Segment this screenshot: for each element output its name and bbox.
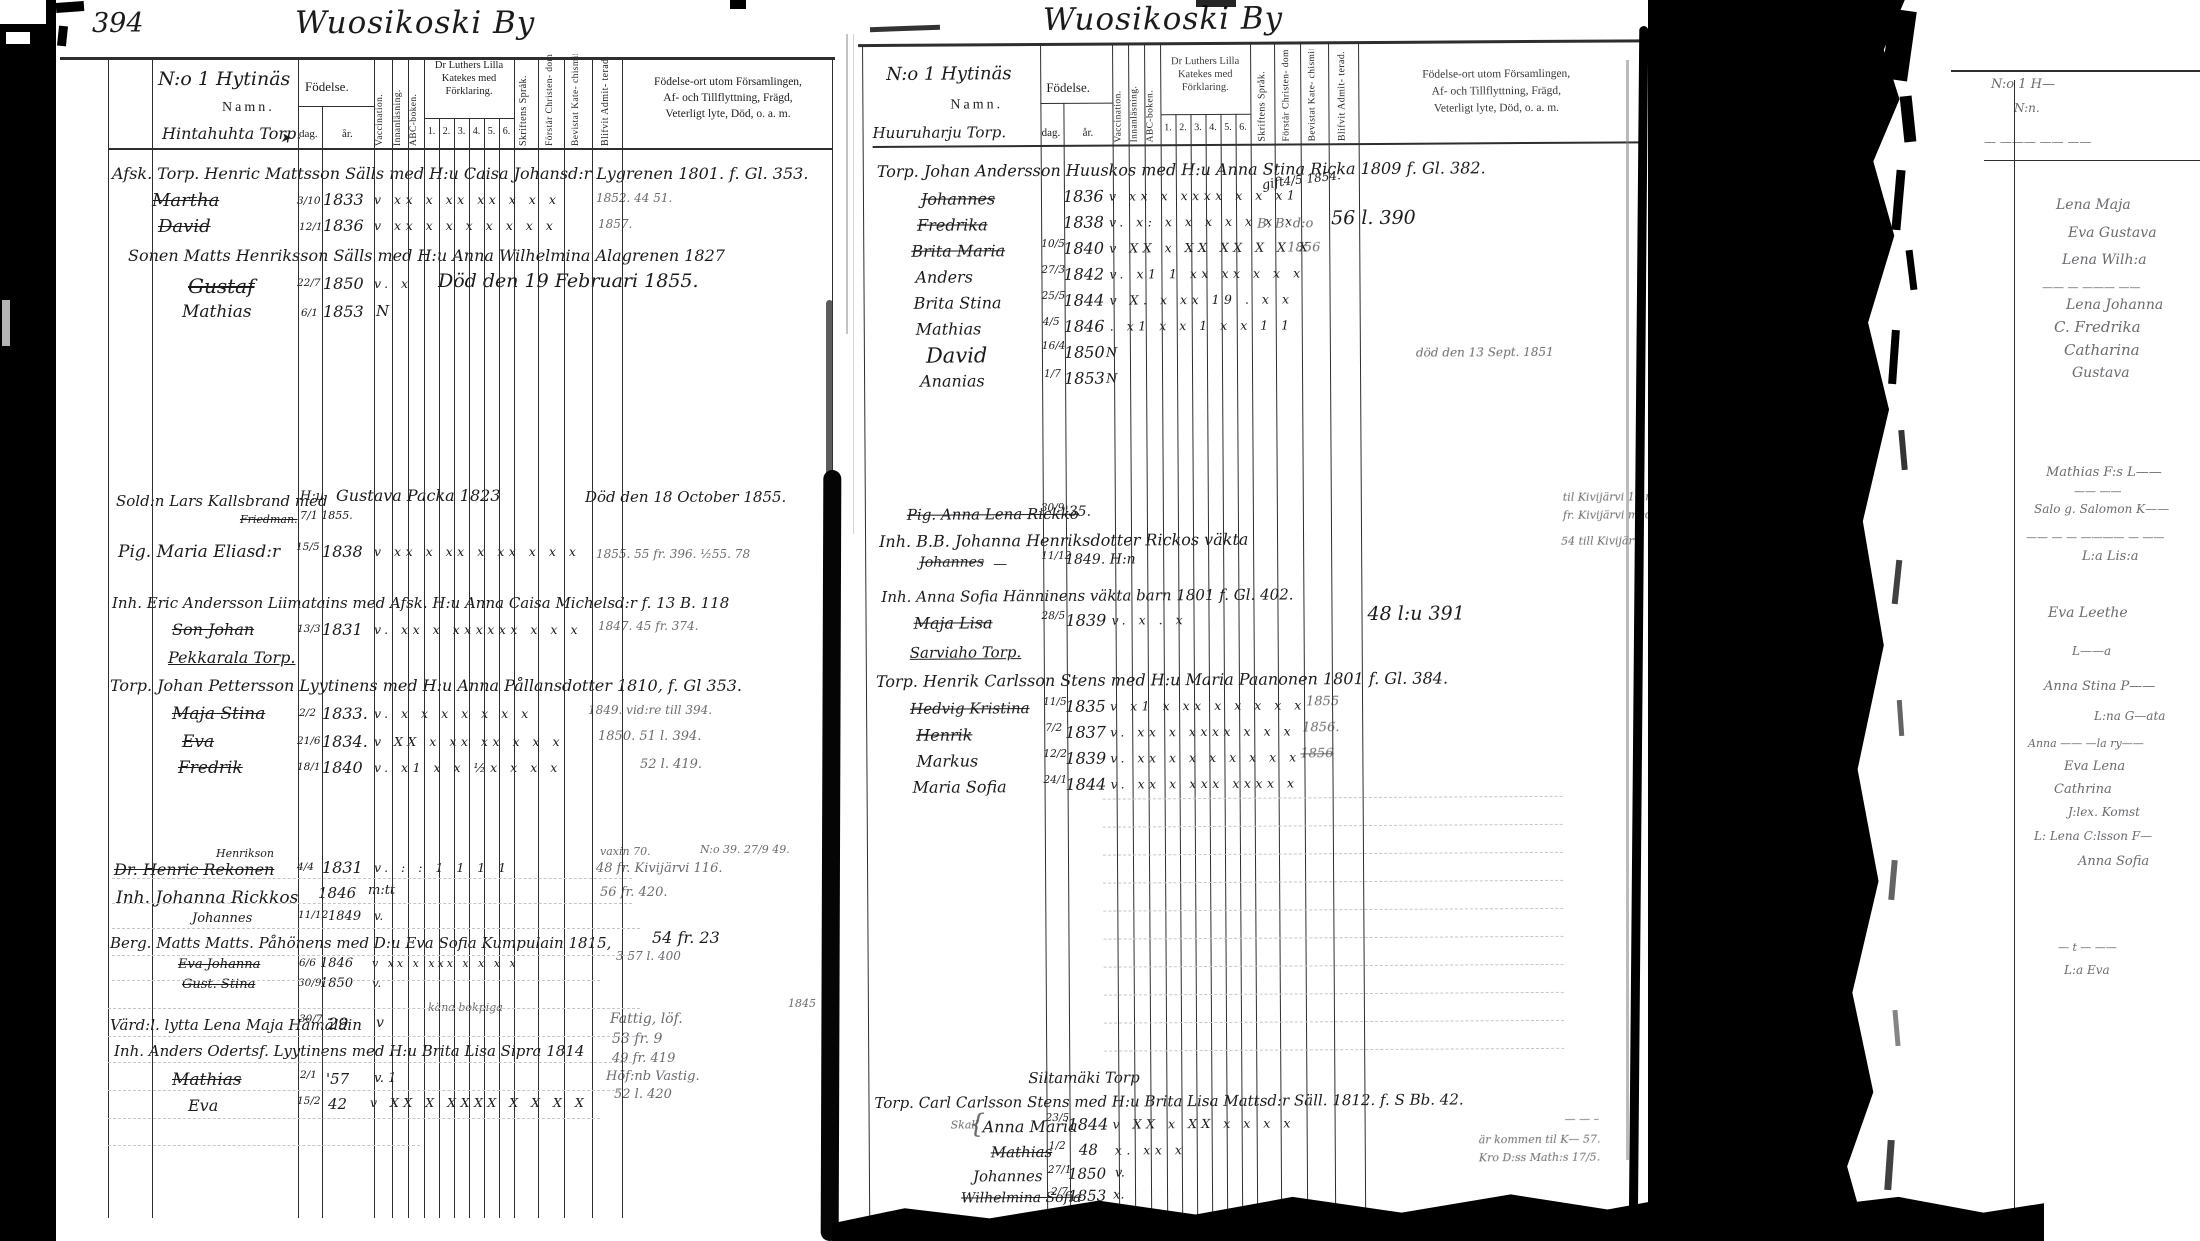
handwriting-text: gift bbox=[1261, 176, 1285, 193]
handwriting-text: v. xx x xxxx x x x bbox=[1110, 725, 1295, 739]
column-header-katekes-2: Katekes med bbox=[1160, 69, 1250, 81]
handwriting-text: 7/1 1855. bbox=[300, 510, 353, 521]
scan-artifact bbox=[2, 300, 10, 346]
handwriting-text: v. x1 x x ½x x x x bbox=[374, 762, 562, 775]
village-title: Wuosikoski By bbox=[1043, 4, 1283, 36]
scan-artifact bbox=[1626, 60, 1629, 1160]
handwriting-text: Afsk. Torp. Henric Mattsson Sälls med H:… bbox=[112, 166, 808, 182]
column-header-vaccination: Vaccination. bbox=[1114, 51, 1124, 143]
handwriting-text: 1833 bbox=[323, 192, 364, 208]
table-rule-horizontal bbox=[298, 106, 374, 107]
handwriting-text: 1850 bbox=[1068, 1167, 1106, 1182]
handwriting-text: död den 13 Sept. 1851 bbox=[1416, 346, 1554, 359]
table-rule-horizontal bbox=[108, 148, 832, 150]
handwriting-text: '57 bbox=[326, 1072, 349, 1087]
handwriting-text: 1836 bbox=[323, 218, 364, 234]
handwriting-text: N:o 39. 27/9 49. bbox=[700, 844, 790, 855]
handwriting-text: v x1 x xx x x x x x bbox=[1110, 699, 1306, 713]
handwriting-text: vaxin 70. bbox=[600, 846, 651, 857]
table-rule-horizontal bbox=[60, 57, 835, 60]
handwriting-text: 1846 bbox=[318, 886, 356, 901]
handwriting-text: Anna Sofia bbox=[2078, 855, 2149, 868]
column-header-forstar: Förstår Christen- domsläran. bbox=[1282, 49, 1292, 141]
handwriting-text: 1838 bbox=[1063, 215, 1104, 231]
handwriting-text: Eva Leethe bbox=[2048, 606, 2128, 620]
handwriting-text: H:u bbox=[300, 490, 324, 503]
handwriting-text: David bbox=[158, 218, 211, 236]
handwriting-text: —— —— bbox=[2074, 486, 2122, 497]
handwriting-text: Maja Stina bbox=[172, 706, 265, 723]
katekes-grade-6: 6. bbox=[1236, 122, 1251, 133]
handwriting-text: 1836 bbox=[1063, 189, 1104, 205]
handwriting-text: Sold:n Lars Kallsbrand med bbox=[116, 494, 328, 509]
handwriting-text: ➤ bbox=[280, 132, 291, 145]
handwriting-text: Eva Gustava bbox=[2068, 226, 2157, 240]
handwriting-text: 1844 bbox=[1064, 293, 1105, 309]
handwriting-text: — bbox=[993, 557, 1007, 571]
handwriting-text: 1850 bbox=[320, 977, 353, 990]
handwriting-text: 1/7 bbox=[1044, 369, 1061, 380]
faded-row-guide bbox=[108, 1062, 632, 1063]
column-header-katekes-1: Dr Luthers Lilla bbox=[1160, 56, 1250, 68]
handwriting-text: 30/7 bbox=[299, 1014, 323, 1025]
handwriting-text: Inh. Johanna Rickkos bbox=[116, 890, 298, 907]
table-rule-vertical bbox=[564, 57, 565, 1218]
handwriting-text: Anders bbox=[915, 269, 973, 285]
handwriting-text: v X. x xx 19 . x x bbox=[1110, 293, 1294, 307]
column-header-bevistat: Bevistat Kate- chismiförhören. bbox=[1308, 49, 1318, 141]
handwriting-text: 12/1 bbox=[299, 222, 323, 233]
handwriting-text: Maria Sofia bbox=[913, 779, 1007, 796]
right-page: Wuosikoski By N:o 1 Hytinäs Namn. Huuruh… bbox=[858, 0, 1656, 1241]
scan-artifact bbox=[730, 0, 746, 9]
handwriting-text: Catharina bbox=[2064, 343, 2140, 358]
handwriting-text: Mathias bbox=[182, 304, 252, 321]
handwriting-text: 27/3 bbox=[1041, 265, 1065, 276]
handwriting-text: Inh. Anna Sofia Hänninens väkta barn 180… bbox=[881, 587, 1293, 605]
column-header-skriftens: Skriftens Språk. bbox=[1257, 50, 1268, 142]
handwriting-text: — ——— —— —— bbox=[1984, 136, 2091, 148]
handwriting-text: 1831 bbox=[322, 622, 363, 638]
handwriting-text: Brita Stina bbox=[914, 295, 1002, 312]
katekes-grade-4: 4. bbox=[469, 126, 484, 137]
handwriting-text: Johannes bbox=[919, 555, 984, 569]
katekes-grade-6: 6. bbox=[499, 126, 514, 137]
handwriting-text: L:na G—ata bbox=[2094, 710, 2165, 722]
handwriting-text: v xx x xx xx x x x bbox=[374, 194, 560, 207]
handwriting-text: —— — — ———— — —— bbox=[2026, 532, 2164, 543]
scan-artifact bbox=[846, 34, 848, 334]
farm-number-heading: N:o 1 Hytinäs bbox=[158, 70, 290, 89]
column-header-fodelse: Födelse. bbox=[1046, 81, 1090, 96]
column-header-forstar: Förstår Christen- domsläran. bbox=[546, 54, 556, 146]
handwriting-text: N bbox=[1106, 373, 1117, 386]
handwriting-text: 1831 bbox=[322, 860, 363, 876]
handwriting-text: 11/12 bbox=[298, 910, 328, 921]
column-header-vaccination: Vaccination. bbox=[376, 54, 386, 146]
handwriting-text: 28/5 bbox=[1041, 611, 1065, 622]
faded-row-guide bbox=[112, 980, 600, 981]
handwriting-text: Siltamäki Torp bbox=[1028, 1070, 1139, 1086]
handwriting-text: 48 bbox=[1079, 1143, 1098, 1158]
faded-row-guide bbox=[112, 928, 640, 929]
handwriting-text: 16/4 bbox=[1042, 341, 1066, 352]
handwriting-text: Brita Maria bbox=[911, 243, 1005, 260]
handwriting-text: Salo g. Salomon K—— bbox=[2034, 503, 2169, 515]
handwriting-text: Son Johan bbox=[172, 622, 254, 638]
table-rule-vertical bbox=[622, 57, 623, 1218]
table-rule-horizontal bbox=[424, 118, 514, 119]
handwriting-text: 7/2 bbox=[1045, 723, 1062, 734]
handwriting-text: 48 fr. Kivijärvi 116. bbox=[596, 862, 722, 875]
table-rule-vertical bbox=[2014, 80, 2015, 1241]
faded-row-guide bbox=[108, 1145, 420, 1146]
page-number: 394 bbox=[92, 10, 144, 37]
adjacent-page-partial: N:o 1 H—N:n.— ——— —— ——Lena MajaEva Gust… bbox=[1896, 0, 2200, 1241]
handwriting-text: 1850 bbox=[323, 276, 364, 292]
handwriting-text: B. B. d:o bbox=[1257, 217, 1313, 230]
katekes-grade-1: 1. bbox=[1161, 122, 1176, 133]
handwriting-text: 42 bbox=[328, 1097, 347, 1112]
handwriting-text: 53 fr. 9 bbox=[612, 1032, 662, 1046]
handwriting-text: David bbox=[926, 345, 988, 366]
handwriting-text: 1840 bbox=[322, 760, 363, 776]
handwriting-text: Död den 18 October 1855. bbox=[585, 490, 786, 505]
table-rule-vertical bbox=[469, 118, 470, 1218]
table-rule-vertical bbox=[152, 57, 153, 1218]
column-header-blifvit: Blifvit Admit- terad. bbox=[601, 54, 611, 146]
handwriting-text: Martha bbox=[152, 192, 219, 210]
katekes-grade-3: 3. bbox=[454, 126, 469, 137]
handwriting-text: Död den 19 Februari 1855. bbox=[438, 272, 699, 291]
handwriting-text: 1852. 44 51. bbox=[596, 192, 672, 204]
handwriting-text: 4/4 bbox=[297, 862, 314, 873]
handwriting-text: 13/3 bbox=[297, 624, 321, 635]
handwriting-text: 6/1 bbox=[301, 308, 318, 319]
scan-artifact bbox=[1884, 1140, 1894, 1190]
handwriting-text: 22/7 bbox=[297, 278, 321, 289]
table-rule-vertical bbox=[538, 57, 539, 1218]
handwriting-text: 1846 bbox=[1064, 319, 1105, 335]
faded-row-guide bbox=[112, 903, 632, 904]
faded-row-guide bbox=[112, 955, 630, 956]
column-header-abc: ABC-boken. bbox=[1146, 50, 1156, 142]
handwriting-text: 2/1 bbox=[300, 1070, 317, 1081]
table-rule-vertical bbox=[514, 57, 515, 1218]
handwriting-text: Maja Lisa bbox=[914, 615, 993, 631]
scan-artifact bbox=[0, 0, 56, 1241]
handwriting-text: 56 fr. 420. bbox=[600, 886, 667, 899]
handwriting-text: Lena Johanna bbox=[2066, 298, 2163, 312]
handwriting-text: v. x bbox=[374, 278, 413, 291]
handwriting-text: 1840 bbox=[1063, 241, 1104, 257]
handwriting-text: v. xx x xxx xxxx x bbox=[1111, 777, 1299, 791]
handwriting-text: C. Fredrika bbox=[2054, 320, 2141, 335]
scan-artifact bbox=[56, 1, 85, 13]
handwriting-text: 1856 bbox=[1287, 241, 1320, 254]
handwriting-text: Anna —— —la ry—— bbox=[2028, 738, 2144, 749]
handwriting-text: 1842 bbox=[1063, 267, 1104, 283]
handwriting-text: Dr. Henric Rekonen bbox=[114, 862, 274, 878]
district-heading: Huuruharju Torp. bbox=[873, 125, 1007, 141]
column-header-katekes-3: Förklaring. bbox=[424, 86, 514, 98]
handwriting-text: Cathrina bbox=[2054, 783, 2112, 796]
handwriting-text: Ananias bbox=[920, 373, 985, 389]
handwriting-text: Sarviaho Torp. bbox=[910, 645, 1022, 661]
handwriting-text: 1849. H:n bbox=[1065, 552, 1136, 566]
handwriting-text: 1845 bbox=[788, 998, 816, 1009]
handwriting-text: 12/2 bbox=[1043, 749, 1067, 760]
handwriting-text: v. xx x xxxxxx x x x bbox=[374, 624, 582, 637]
handwriting-text: 3/10 bbox=[297, 196, 321, 207]
handwriting-text: Fattig, löf. bbox=[610, 1012, 683, 1026]
handwriting-text: 1834. bbox=[322, 734, 368, 750]
handwriting-text: v. bbox=[374, 910, 383, 922]
katekes-grade-2: 2. bbox=[439, 126, 454, 137]
handwriting-text: Kro D:ss Math:s 17/5. bbox=[1479, 1152, 1600, 1164]
handwriting-text: v. xx x x x x x x x bbox=[1110, 751, 1300, 765]
handwriting-text: — — – bbox=[1565, 1114, 1600, 1125]
faded-row-guide bbox=[108, 1008, 640, 1009]
handwriting-text: N bbox=[376, 304, 389, 319]
scan-artifact bbox=[0, 0, 46, 24]
handwriting-text: Inh. Eric Andersson Liimatains med Afsk.… bbox=[112, 596, 729, 611]
column-header-notes-3: Veterligt lyte, Död, o. a. m. bbox=[1366, 101, 1626, 115]
column-header-notes-2: Af- och Tillflyttning, Frägd, bbox=[628, 92, 828, 105]
handwriting-text: . x1 x x 1 x x 1 1 bbox=[1110, 319, 1294, 333]
table-rule-vertical bbox=[862, 46, 870, 1235]
column-header-dag: dag. bbox=[299, 128, 318, 140]
handwriting-text: Torp. Johan Andersson Huuskos med H:u An… bbox=[877, 160, 1486, 180]
column-header-innanlasning: Innanläsning. bbox=[394, 54, 404, 146]
handwriting-text: v. : : 1 1 1 1 bbox=[374, 862, 511, 875]
handwriting-text: Värd:l. lytta Lena Maja Hämäläin bbox=[110, 1018, 362, 1033]
handwriting-text: 23/5 bbox=[1046, 1113, 1070, 1124]
handwriting-text: 30/9 bbox=[1041, 503, 1065, 514]
handwriting-text: —— — ——— —— bbox=[2042, 282, 2141, 293]
handwriting-text: L:a Eva bbox=[2064, 964, 2110, 976]
table-rule-vertical bbox=[298, 57, 299, 1218]
column-header-ar: år. bbox=[342, 128, 353, 140]
handwriting-text: Höf:nb Vastig. bbox=[606, 1070, 700, 1083]
column-header-skriftens: Skriftens Språk. bbox=[519, 54, 529, 146]
handwriting-text: v XX x XX XX X X X bbox=[1109, 241, 1312, 255]
handwriting-text: '35. bbox=[1065, 505, 1091, 519]
handwriting-text: Henrikson bbox=[216, 848, 274, 859]
handwriting-text: Gustava Packa 1823 bbox=[336, 488, 501, 504]
scan-artifact bbox=[826, 300, 833, 478]
table-rule-vertical bbox=[374, 57, 375, 1218]
faded-row-guide bbox=[108, 1118, 600, 1119]
handwriting-text: 3 57 l. 400 bbox=[616, 950, 681, 962]
handwriting-text: Hedvig Kristina bbox=[910, 701, 1030, 717]
handwriting-text: Mathias bbox=[916, 321, 982, 337]
column-header-notes-1: Födelse-ort utom Församlingen, bbox=[1366, 67, 1626, 81]
handwriting-text: 2/7 bbox=[1051, 1187, 1068, 1198]
handwriting-text: L——a bbox=[2072, 645, 2111, 657]
faded-row-guide bbox=[108, 1090, 620, 1091]
handwriting-text: 1846 bbox=[320, 957, 353, 970]
handwriting-text: 10/5 bbox=[1041, 239, 1065, 250]
handwriting-text: Johannes bbox=[921, 191, 995, 207]
handwriting-text: 1844 bbox=[1066, 777, 1107, 793]
handwriting-text: J:lex. Komst bbox=[2068, 806, 2140, 818]
handwriting-text: 1838 bbox=[322, 544, 363, 560]
handwriting-text: Mathias bbox=[991, 1145, 1053, 1160]
village-title: Wuosikoski By bbox=[295, 8, 535, 39]
table-rule-vertical bbox=[108, 57, 109, 1218]
handwriting-text: 1849 bbox=[328, 910, 361, 923]
handwriting-text: 1849. vid:re till 394. bbox=[588, 704, 712, 716]
handwriting-text: Eva bbox=[182, 734, 214, 751]
column-header-notes-3: Veterligt lyte, Död, o. a. m. bbox=[628, 108, 828, 121]
handwriting-text: v xx x xxx x x x x bbox=[372, 958, 519, 969]
handwriting-text: 21/6 bbox=[297, 736, 321, 747]
table-rule-vertical bbox=[484, 118, 485, 1218]
handwriting-text: 1853 bbox=[323, 304, 364, 320]
handwriting-text: 1853 bbox=[1064, 371, 1105, 387]
faded-row-guide bbox=[108, 1036, 640, 1037]
farm-number-heading: N:o 1 Hytinäs bbox=[886, 65, 1011, 84]
handwriting-text: 54 fr. 23 bbox=[652, 930, 720, 946]
handwriting-text: Gustaf bbox=[188, 276, 254, 296]
handwriting-text: 1850 bbox=[1064, 345, 1105, 361]
column-header-katekes-2: Katekes med bbox=[424, 73, 514, 85]
handwriting-text: 1855. 55 fr. 396. ½55. 78 bbox=[596, 548, 750, 560]
katekes-grade-5: 5. bbox=[484, 126, 499, 137]
scan-artifact bbox=[821, 470, 842, 1241]
handwriting-text: L:a Lis:a bbox=[2082, 550, 2139, 563]
handwriting-text: Henrik bbox=[916, 727, 972, 743]
table-rule-vertical bbox=[439, 118, 440, 1218]
scan-artifact bbox=[1648, 0, 1910, 1241]
handwriting-text: v xx x xx x xx x x x bbox=[374, 546, 580, 559]
table-rule-vertical bbox=[499, 118, 500, 1218]
katekes-grade-5: 5. bbox=[1221, 122, 1236, 133]
handwriting-text: Friedman. bbox=[240, 514, 298, 525]
handwriting-text: 48 l:u 391 bbox=[1367, 604, 1464, 624]
handwriting-text: 24/1 bbox=[1043, 775, 1067, 786]
handwriting-text: 1/2 bbox=[1049, 1141, 1066, 1152]
handwriting-text: Torp. Johan Pettersson Lyytinens med H:u… bbox=[110, 678, 742, 694]
handwriting-text: Johannes bbox=[973, 1169, 1043, 1184]
handwriting-text: N bbox=[1106, 347, 1117, 360]
katekes-grade-1: 1. bbox=[424, 126, 439, 137]
handwriting-text: 1855 bbox=[1306, 695, 1339, 708]
handwriting-text: 6/6 bbox=[299, 958, 316, 969]
handwriting-text: v XX x XX x x x x bbox=[1113, 1117, 1295, 1131]
table-rule-vertical bbox=[424, 57, 425, 1218]
handwriting-text: Lena Maja bbox=[2056, 198, 2131, 212]
column-header-blifvit: Blifvit Admit- terad. bbox=[1337, 49, 1348, 141]
handwriting-text: Eva Johanna bbox=[178, 958, 260, 971]
column-header-namn: Namn. bbox=[950, 97, 1003, 113]
faded-row-guide bbox=[112, 878, 632, 879]
table-rule-vertical bbox=[408, 57, 409, 1218]
katekes-grade-2: 2. bbox=[1176, 122, 1191, 133]
handwriting-text: Lena Wilh:a bbox=[2062, 253, 2147, 267]
handwriting-text: 1850. 51 l. 394. bbox=[598, 730, 701, 743]
handwriting-text: Torp. Carl Carlsson Stens med H:u Brita … bbox=[874, 1092, 1463, 1111]
handwriting-text: Eva Lena bbox=[2064, 760, 2125, 773]
handwriting-text: 1837 bbox=[1065, 725, 1106, 741]
table-rule-vertical bbox=[392, 57, 393, 1218]
handwriting-text: 2/2 bbox=[299, 708, 316, 719]
column-header-notes-1: Födelse-ort utom Församlingen, bbox=[628, 76, 828, 89]
handwriting-text: Mathias F:s L—— bbox=[2046, 466, 2162, 479]
table-rule-horizontal bbox=[1040, 103, 1112, 104]
handwriting-text: 1844 bbox=[1068, 1117, 1109, 1133]
column-header-innanlasning: Innanläsning. bbox=[1130, 50, 1140, 142]
left-page: 394 Wuosikoski By N:o 1 Hytinäs Namn. Hi… bbox=[0, 0, 842, 1241]
column-header-fodelse: Födelse. bbox=[305, 80, 349, 95]
handwriting-text: Fredrika bbox=[917, 217, 988, 233]
handwriting-text: N:o 1 H— bbox=[1991, 78, 2055, 91]
column-header-abc: ABC-boken. bbox=[410, 54, 420, 146]
scan-artifact bbox=[1196, 0, 1236, 7]
column-header-bevistat: Bevistat Kate- chismiförhören. bbox=[572, 54, 582, 146]
katekes-grade-4: 4. bbox=[1206, 122, 1221, 133]
handwriting-text: 1839 bbox=[1066, 613, 1107, 629]
scanned-parish-register: 394 Wuosikoski By N:o 1 Hytinäs Namn. Hi… bbox=[0, 0, 2200, 1241]
handwriting-text: 4/5 bbox=[1043, 317, 1060, 328]
handwriting-text: Gustava bbox=[2072, 366, 2130, 380]
handwriting-text: N:n. bbox=[2014, 102, 2040, 114]
table-rule-vertical bbox=[592, 57, 593, 1218]
handwriting-text: 11/5 bbox=[1043, 697, 1067, 708]
column-header-katekes-1: Dr Luthers Lilla bbox=[424, 60, 514, 72]
handwriting-text: 1835 bbox=[1065, 699, 1106, 715]
handwriting-text: 1839 bbox=[1065, 751, 1106, 767]
column-header-ar: år. bbox=[1083, 127, 1094, 139]
table-rule-horizontal bbox=[1984, 160, 2200, 161]
handwriting-text: 1857. bbox=[598, 218, 632, 230]
handwriting-text: Eva bbox=[188, 1098, 218, 1114]
handwriting-text: Sonen Matts Henriksson Sälls med H:u Ann… bbox=[128, 248, 725, 264]
handwriting-text: Pig. Maria Eliasd:r bbox=[118, 544, 280, 561]
scan-artifact bbox=[6, 32, 30, 44]
handwriting-text: L: Lena C:lsson F— bbox=[2034, 830, 2152, 842]
handwriting-text: 1847. 45 fr. 374. bbox=[598, 620, 698, 632]
handwriting-text: v xx x x x x x x x bbox=[374, 220, 557, 233]
handwriting-text: v bbox=[376, 1016, 384, 1030]
handwriting-text: Berg. Matts Matts. Påhönens med D:u Eva … bbox=[110, 936, 611, 951]
handwriting-text: 15/5 bbox=[296, 542, 320, 553]
column-header-notes-2: Af- och Tillflyttning, Frägd, bbox=[1366, 84, 1626, 98]
handwriting-text: 1856. bbox=[1302, 721, 1339, 734]
handwriting-text: 1833. bbox=[322, 706, 368, 722]
table-rule-vertical bbox=[322, 106, 323, 1218]
handwriting-text: Markus bbox=[916, 753, 978, 769]
handwriting-text: 25/5 bbox=[1042, 291, 1066, 302]
handwriting-text: Fredrik bbox=[178, 760, 243, 777]
handwriting-text: 18/1 bbox=[297, 762, 321, 773]
handwriting-text: Anna Stina P—— bbox=[2044, 680, 2155, 693]
handwriting-text: v XX X XXXX X X X X bbox=[370, 1097, 588, 1110]
scan-artifact bbox=[853, 34, 854, 534]
handwriting-text: — t — —— bbox=[2058, 942, 2117, 953]
handwriting-text: 52 l. 419. bbox=[640, 758, 702, 771]
handwriting-text: 29 bbox=[328, 1016, 348, 1032]
handwriting-text: v. x . x bbox=[1112, 614, 1188, 627]
column-header-dag: dag. bbox=[1042, 127, 1061, 139]
handwriting-text: är kommen til K— 57. bbox=[1479, 1134, 1601, 1146]
katekes-grade-3: 3. bbox=[1191, 122, 1206, 133]
table-rule-horizontal bbox=[873, 141, 1643, 148]
handwriting-text: 56 l. 390 bbox=[1331, 209, 1416, 229]
table-rule-horizontal bbox=[1951, 70, 2200, 72]
handwriting-text: Johannes bbox=[192, 912, 252, 925]
